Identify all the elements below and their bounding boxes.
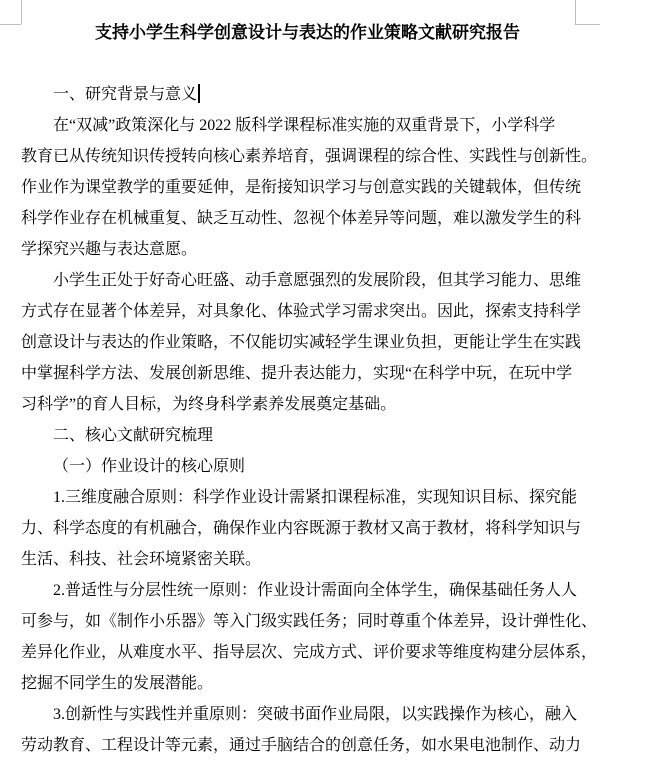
paragraph-1-line: 作业作为课堂教学的重要延伸，是衔接知识学习与创意实践的关键载体，但传统 <box>21 172 576 203</box>
paragraph-2-line: 小学生正处于好奇心旺盛、动手意愿强烈的发展阶段，但其学习能力、思维 <box>21 265 576 296</box>
list-item-1-line: 力、科学态度的有机融合，确保作业内容既源于教材又高于教材，将科学知识与 <box>21 513 576 544</box>
paragraph-2-line: 方式存在显著个体差异，对具象化、体验式学习需求突出。因此，探索支持科学 <box>21 296 576 327</box>
list-item-2-line: 挖掘不同学生的发展潜能。 <box>21 668 576 699</box>
paragraph-1-line: 学探究兴趣与表达意愿。 <box>21 234 576 265</box>
list-item-1-line: 1.三维度融合原则：科学作业设计需紧扣课程标准，实现知识目标、探究能 <box>21 482 576 513</box>
list-item-2-line: 2.普适性与分层性统一原则：作业设计需面向全体学生，确保基础任务人人 <box>21 575 576 606</box>
margin-crop-mark-top-left <box>0 24 21 25</box>
document-text-area[interactable]: 支持小学生科学创意设计与表达的作业策略文献研究报告 一、研究背景与意义 在“双减… <box>21 17 576 761</box>
list-item-3-line: 3.创新性与实践性并重原则：突破书面作业局限，以实践操作为核心，融入 <box>21 699 576 730</box>
document-title: 支持小学生科学创意设计与表达的作业策略文献研究报告 <box>21 17 576 48</box>
paragraph-1-line: 科学作业存在机械重复、缺乏互动性、忽视个体差异等问题，难以激发学生的科 <box>21 203 576 234</box>
paragraph-1-line: 教育已从传统知识传授转向核心素养培育，强调课程的综合性、实践性与创新性。 <box>21 141 576 172</box>
heading-2: 二、核心文献研究梳理 <box>21 420 576 451</box>
heading-1: 一、研究背景与意义 <box>21 79 576 110</box>
list-item-2-line: 差异化作业，从难度水平、指导层次、完成方式、评价要求等维度构建分层体系， <box>21 637 576 668</box>
document-page[interactable]: 支持小学生科学创意设计与表达的作业策略文献研究报告 一、研究背景与意义 在“双减… <box>0 0 659 764</box>
blank-line <box>21 48 576 79</box>
list-item-3-line: 劳动教育、工程设计等元素，通过手脑结合的创意任务，如水果电池制作、动力 <box>21 730 576 761</box>
heading-1-text: 一、研究背景与意义 <box>53 86 197 103</box>
list-item-1-line: 生活、科技、社会环境紧密关联。 <box>21 544 576 575</box>
paragraph-2-line: 中掌握科学方法、发展创新思维、提升表达能力，实现“在科学中玩，在玩中学 <box>21 358 576 389</box>
subheading-1: （一）作业设计的核心原则 <box>21 451 576 482</box>
paragraph-2-line: 创意设计与表达的作业策略，不仅能切实减轻学生课业负担，更能让学生在实践 <box>21 327 576 358</box>
paragraph-2-line: 习科学”的育人目标，为终身科学素养发展奠定基础。 <box>21 389 576 420</box>
paragraph-1-line: 在“双减”政策深化与 2022 版科学课程标准实施的双重背景下，小学科学 <box>21 110 576 141</box>
text-cursor <box>198 84 200 103</box>
list-item-2-line: 可参与，如《制作小乐器》等入门级实践任务；同时尊重个体差异，设计弹性化、 <box>21 606 576 637</box>
margin-crop-mark-top-right <box>575 24 600 25</box>
